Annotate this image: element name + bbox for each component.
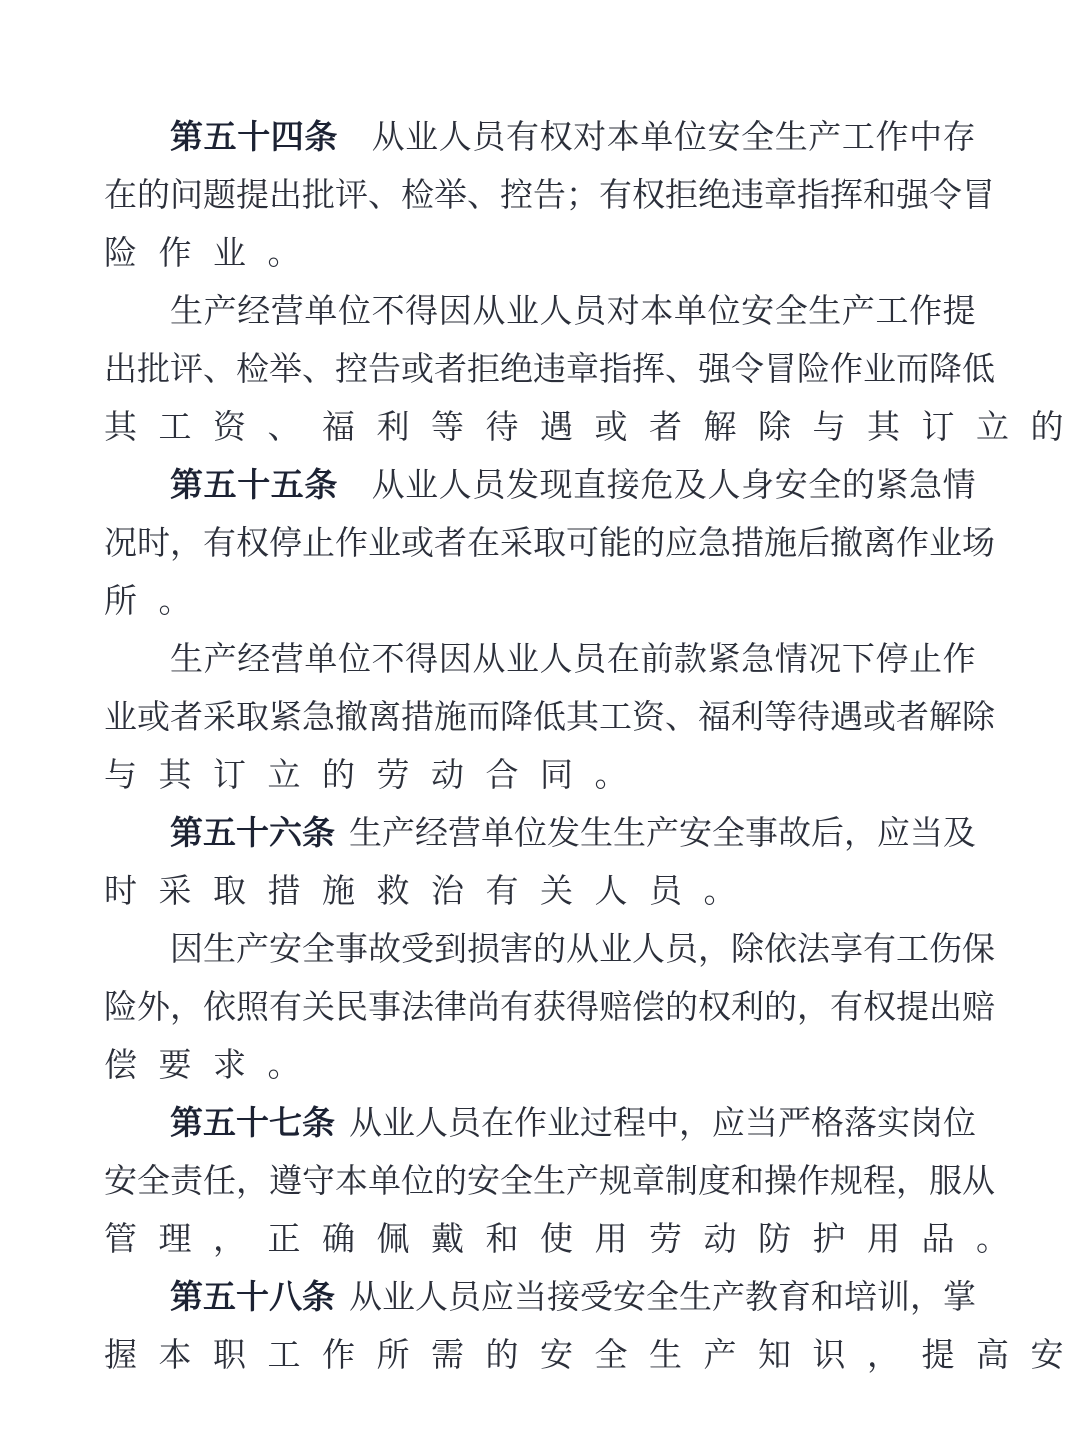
text-line: 握本职工作所需的安全生产知识，提高安全生产技能，增强事 (104, 1326, 976, 1384)
article-paragraph: 第五十六条 生产经营单位发生生产安全事故后，应当及时采取措施救治有关人员。 (104, 804, 984, 920)
article-paragraph: 第五十七条 从业人员在作业过程中，应当严格落实岗位安全责任，遵守本单位的安全生产… (104, 1094, 984, 1268)
body-paragraph: 生产经营单位不得因从业人员在前款紧急情况下停止作业或者采取紧急撤离措施而降低其工… (104, 630, 984, 804)
text-line: 安全责任，遵守本单位的安全生产规章制度和操作规程，服从 (104, 1152, 976, 1210)
text-line: 第五十四条 从业人员有权对本单位安全生产工作中存 (104, 108, 976, 166)
text-line: 在的问题提出批评、检举、控告；有权拒绝违章指挥和强令冒 (104, 166, 976, 224)
text-line: 第五十七条 从业人员在作业过程中，应当严格落实岗位 (104, 1094, 976, 1152)
text-line: 因生产安全事故受到损害的从业人员，除依法享有工伤保 (104, 920, 976, 978)
text-line: 第五十八条 从业人员应当接受安全生产教育和培训，掌 (104, 1268, 976, 1326)
body-paragraph: 因生产安全事故受到损害的从业人员，除依法享有工伤保险外，依照有关民事法律尚有获得… (104, 920, 984, 1094)
body-paragraph: 生产经营单位不得因从业人员对本单位安全生产工作提出批评、检举、控告或者拒绝违章指… (104, 282, 984, 456)
text-line: 生产经营单位不得因从业人员对本单位安全生产工作提 (104, 282, 976, 340)
text-line: 业或者采取紧急撤离措施而降低其工资、福利等待遇或者解除 (104, 688, 976, 746)
text-line: 与其订立的劳动合同。 (104, 746, 976, 804)
text-line: 险作业。 (104, 224, 976, 282)
text-line: 所。 (104, 572, 976, 630)
text-line: 生产经营单位不得因从业人员在前款紧急情况下停止作 (104, 630, 976, 688)
document-page: 第五十四条 从业人员有权对本单位安全生产工作中存在的问题提出批评、检举、控告；有… (104, 108, 984, 1384)
article-paragraph: 第五十八条 从业人员应当接受安全生产教育和培训，掌握本职工作所需的安全生产知识，… (104, 1268, 984, 1384)
article-paragraph: 第五十四条 从业人员有权对本单位安全生产工作中存在的问题提出批评、检举、控告；有… (104, 108, 984, 282)
text-line: 第五十六条 生产经营单位发生生产安全事故后，应当及 (104, 804, 976, 862)
text-line: 况时，有权停止作业或者在采取可能的应急措施后撤离作业场 (104, 514, 976, 572)
text-line: 险外，依照有关民事法律尚有获得赔偿的权利的，有权提出赔 (104, 978, 976, 1036)
text-line: 管理，正确佩戴和使用劳动防护用品。 (104, 1210, 976, 1268)
text-line: 第五十五条 从业人员发现直接危及人身安全的紧急情 (104, 456, 976, 514)
article-paragraph: 第五十五条 从业人员发现直接危及人身安全的紧急情况时，有权停止作业或者在采取可能… (104, 456, 984, 630)
text-line: 其工资、福利等待遇或者解除与其订立的劳动合同。 (104, 398, 976, 456)
text-line: 出批评、检举、控告或者拒绝违章指挥、强令冒险作业而降低 (104, 340, 976, 398)
text-line: 时采取措施救治有关人员。 (104, 862, 976, 920)
text-line: 偿要求。 (104, 1036, 976, 1094)
